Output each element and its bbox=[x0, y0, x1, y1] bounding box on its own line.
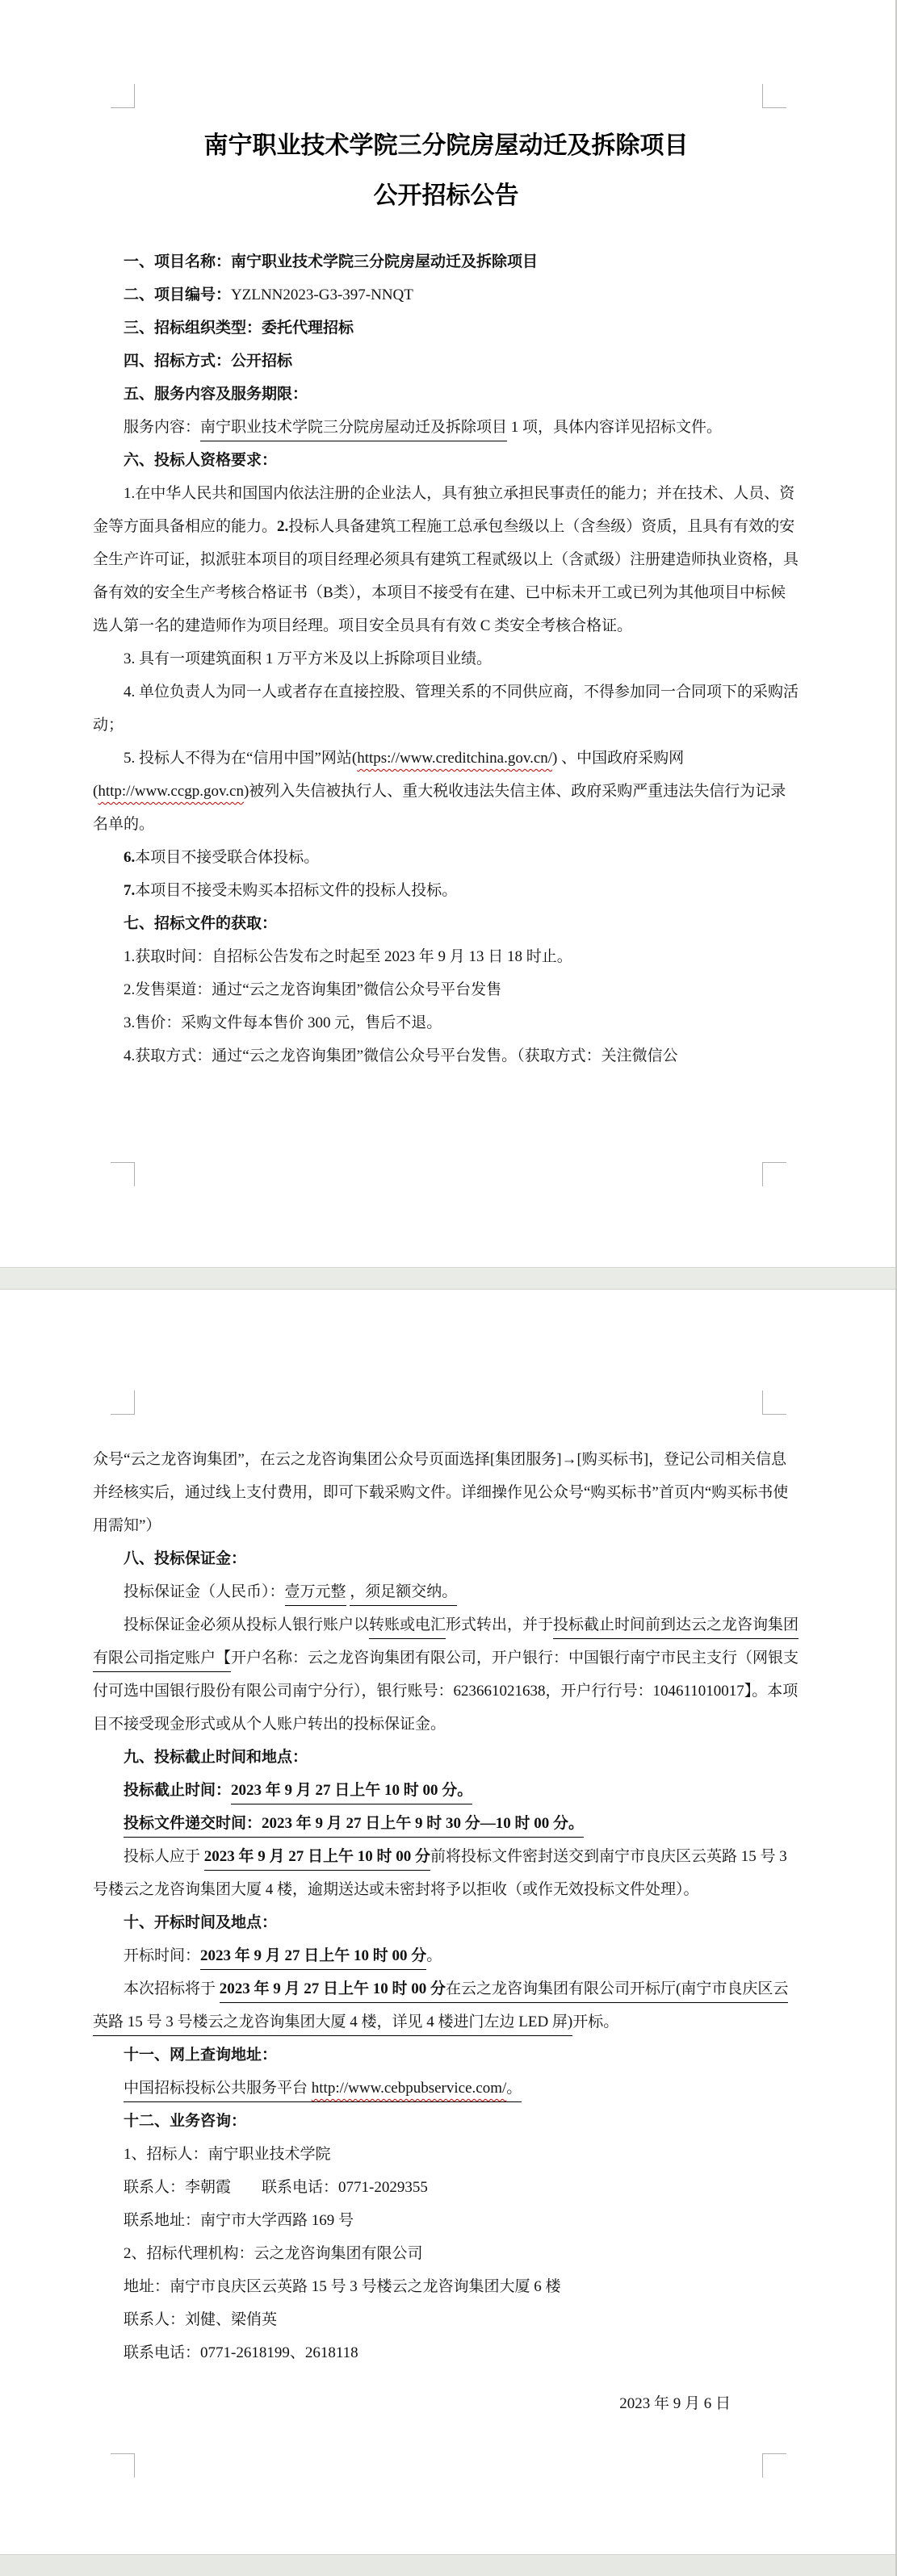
para-qualification-1-2: 1.在中华人民共和国国内依法注册的企业法人，具有独立承担民事责任的能力；并在技术… bbox=[93, 477, 799, 642]
para-item-10-opening-heading: 十、开标时间及地点： bbox=[93, 1906, 799, 1939]
para-item-12-contact-heading: 十二、业务咨询： bbox=[93, 2105, 799, 2138]
para-agency-contact: 联系人：刘健、梁俏英 bbox=[93, 2303, 799, 2336]
para-bond-transfer: 投标保证金必须从投标人银行账户以转账或电汇形式转出，并于投标截止时间前到达云之龙… bbox=[93, 1608, 799, 1741]
para-qualification-7: 7.本项目不接受未购买本招标文件的投标人投标。 bbox=[93, 874, 799, 907]
doc-date: 2023 年 9 月 6 日 bbox=[93, 2387, 799, 2420]
para-opening-location: 本次招标将于 2023 年 9 月 27 日上午 10 时 00 分在云之龙咨询… bbox=[93, 1972, 799, 2039]
para-item-6-qualification-heading: 六、投标人资格要求： bbox=[93, 444, 799, 477]
para-agency: 2、招标代理机构：云之龙咨询集团有限公司 bbox=[93, 2237, 799, 2270]
para-submission-time: 投标文件递交时间：2023 年 9 月 27 日上午 9 时 30 分—10 时… bbox=[93, 1807, 799, 1840]
crop-mark-top-left-p1 bbox=[111, 84, 135, 108]
para-tenderer-contact: 联系人：李朝霞 联系电话：0771-2029355 bbox=[93, 2171, 799, 2204]
para-qualification-4: 4. 单位负责人为同一人或者存在直接控股、管理关系的不同供应商，不得参加同一合同… bbox=[93, 675, 799, 742]
para-item-3-org-type: 三、招标组织类型：委托代理招标 bbox=[93, 312, 799, 345]
document-page-2: 众号“云之龙咨询集团”，在云之龙咨询集团公众号页面选择[集团服务]→[购买标书]… bbox=[0, 1290, 897, 2554]
doc-title: 南宁职业技术学院三分院房屋动迁及拆除项目 公开招标公告 bbox=[93, 0, 799, 221]
para-bond-amount: 投标保证金（人民币）：壹万元整 ，须足额交纳。 bbox=[93, 1575, 799, 1608]
para-agency-address: 地址：南宁市良庆区云英路 15 号 3 号楼云之龙咨询集团大厦 6 楼 bbox=[93, 2270, 799, 2303]
para-submission-address: 投标人应于 2023 年 9 月 27 日上午 10 时 00 分前将投标文件密… bbox=[93, 1840, 799, 1906]
para-item-7-acquisition-heading: 七、招标文件的获取： bbox=[93, 907, 799, 940]
page-separator bbox=[0, 1267, 897, 1290]
para-service-content: 服务内容：南宁职业技术学院三分院房屋动迁及拆除项目 1 项，具体内容详见招标文件… bbox=[93, 411, 799, 444]
crop-mark-top-right-p1 bbox=[762, 84, 786, 108]
para-qualification-6: 6.本项目不接受联合体投标。 bbox=[93, 841, 799, 874]
para-item-5-service-heading: 五、服务内容及服务期限： bbox=[93, 378, 799, 411]
para-item-1-project-name: 一、项目名称：南宁职业技术学院三分院房屋动迁及拆除项目 bbox=[93, 245, 799, 278]
crop-mark-top-right-p2 bbox=[762, 1390, 786, 1415]
para-tenderer-address: 联系地址：南宁市大学西路 169 号 bbox=[93, 2204, 799, 2237]
crop-mark-bottom-left-p2 bbox=[111, 2453, 135, 2478]
para-qualification-5: 5. 投标人不得为在“信用中国”网站(https://www.creditchi… bbox=[93, 742, 799, 841]
para-item-8-bid-bond-heading: 八、投标保证金： bbox=[93, 1542, 799, 1575]
doc-title-line1: 南宁职业技术学院三分院房屋动迁及拆除项目 bbox=[93, 121, 799, 171]
para-agency-phone: 联系电话：0771-2618199、2618118 bbox=[93, 2336, 799, 2369]
para-tenderer: 1、招标人：南宁职业技术学院 bbox=[93, 2138, 799, 2171]
para-acquisition-method-cont: 众号“云之龙咨询集团”，在云之龙咨询集团公众号页面选择[集团服务]→[购买标书]… bbox=[93, 1443, 799, 1542]
para-acquisition-time: 1.获取时间：自招标公告发布之时起至 2023 年 9 月 13 日 18 时止… bbox=[93, 940, 799, 973]
crop-mark-bottom-right-p1 bbox=[762, 1162, 786, 1186]
para-item-4-bid-method: 四、招标方式：公开招标 bbox=[93, 345, 799, 378]
crop-mark-top-left-p2 bbox=[111, 1390, 135, 1415]
document-page-1: 南宁职业技术学院三分院房屋动迁及拆除项目 公开招标公告 一、项目名称：南宁职业技… bbox=[0, 0, 897, 1267]
doc-title-line2: 公开招标公告 bbox=[93, 171, 799, 221]
para-acquisition-method: 4.获取方式：通过“云之龙咨询集团”微信公众号平台发售。（获取方式：关注微信公 bbox=[93, 1039, 799, 1073]
para-opening-time: 开标时间：2023 年 9 月 27 日上午 10 时 00 分。 bbox=[93, 1939, 799, 1972]
para-sale-channel: 2.发售渠道：通过“云之龙咨询集团”微信公众号平台发售 bbox=[93, 973, 799, 1006]
crop-mark-bottom-left-p1 bbox=[111, 1162, 135, 1186]
para-item-2-project-number: 二、项目编号：YZLNN2023-G3-397-NNQT bbox=[93, 278, 799, 312]
para-item-11-online-heading: 十一、网上查询地址： bbox=[93, 2039, 799, 2072]
page-bottom-separator bbox=[0, 2554, 897, 2576]
para-price: 3.售价：采购文件每本售价 300 元，售后不退。 bbox=[93, 1006, 799, 1039]
crop-mark-bottom-right-p2 bbox=[762, 2453, 786, 2478]
para-qualification-3: 3. 具有一项建筑面积 1 万平方米及以上拆除项目业绩。 bbox=[93, 642, 799, 675]
para-online-address: 中国招标投标公共服务平台 http://www.cebpubservice.co… bbox=[93, 2072, 799, 2105]
document-viewer: { "doc": { "title": { "line1": "南宁职业技术学院… bbox=[0, 0, 897, 2576]
para-item-9-deadline-heading: 九、投标截止时间和地点： bbox=[93, 1741, 799, 1774]
para-bid-deadline: 投标截止时间：2023 年 9 月 27 日上午 10 时 00 分。 bbox=[93, 1774, 799, 1807]
